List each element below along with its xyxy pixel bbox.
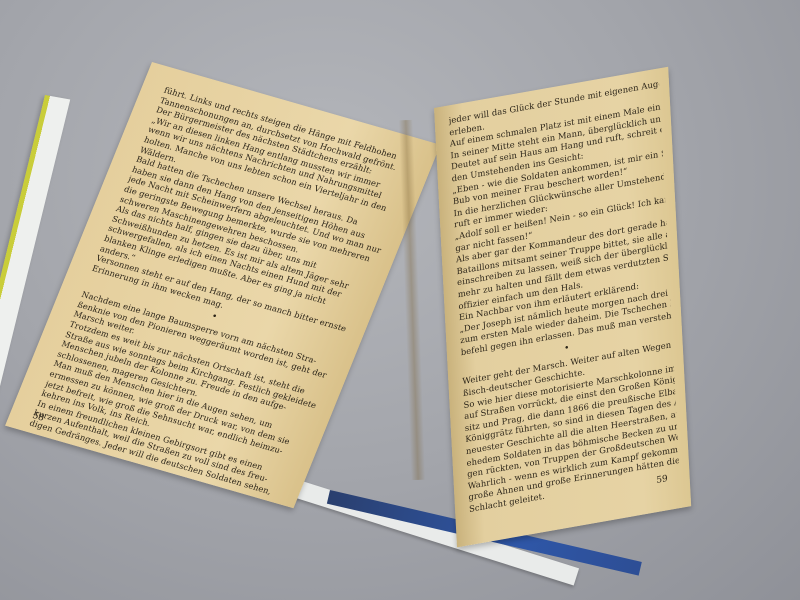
page-number-right: 59: [656, 474, 668, 486]
right-page-text-block-1: jeder will das Glück der Stunde mit eige…: [448, 78, 671, 358]
left-page: führt. Links und rechts steigen die Häng…: [5, 62, 440, 508]
right-page: jeder will das Glück der Stunde mit eige…: [434, 67, 691, 548]
book-photo: führt. Links und rechts steigen die Häng…: [0, 0, 800, 600]
